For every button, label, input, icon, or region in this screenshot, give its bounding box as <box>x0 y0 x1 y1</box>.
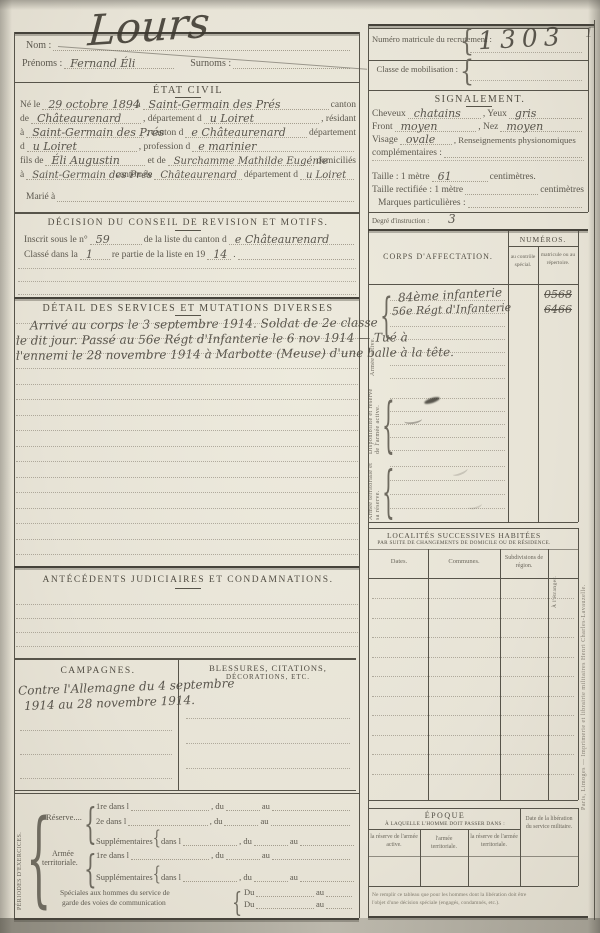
period-label: . <box>233 250 235 260</box>
epoque-footnote-line-2: l'objet d'une décision spéciale (engagés… <box>372 900 578 908</box>
surnoms-fill <box>233 68 350 69</box>
cheveux-label: Cheveux <box>372 109 406 119</box>
epoque-divider-2 <box>468 829 469 886</box>
dotted-rule <box>20 778 172 779</box>
dotted-rule <box>372 657 574 658</box>
services-entry-rules <box>16 323 358 368</box>
signalement-title: SIGNALEMENT. <box>420 94 540 105</box>
prenoms-label: Prénoms : <box>22 58 62 69</box>
blessures-blank-rules <box>186 718 350 782</box>
header-box-bottom <box>14 82 359 83</box>
territoriale-group-label-2: territoriale. <box>42 858 78 867</box>
printer-imprint: Paris, Limoges — Imprimerie et librairie… <box>581 380 587 810</box>
dotted-rule <box>16 492 358 493</box>
mother-value: Surchamme Mathilde Eugénie <box>174 156 328 167</box>
localites-title: LOCALITÉS SUCCESSIVES HABITÉES <box>374 531 554 540</box>
dom-dep-value: u Loiret <box>306 170 346 181</box>
dotted-rule <box>390 480 505 481</box>
reserve-row2-label: 2e dans l <box>96 816 126 826</box>
complementaires-fill <box>444 157 582 158</box>
canton-fill: Châteaurenard <box>31 123 141 124</box>
dotted-rule <box>372 774 574 775</box>
zone-armee-active-label: Armée active. <box>370 296 377 376</box>
dotted-rule <box>16 430 358 431</box>
antecedents-blank-rules <box>16 604 358 656</box>
dotted-rule <box>16 399 358 400</box>
birthdate-value: 29 octobre 1894 <box>48 98 140 111</box>
reserve-row1-au-fill <box>272 810 350 811</box>
zone-territoriale-rules <box>390 466 505 521</box>
matricule-value: 1303 <box>477 22 566 56</box>
epoque-title: ÉPOQUE <box>400 811 490 820</box>
reserve-brace: { <box>84 798 97 848</box>
du-label: , du <box>239 836 252 846</box>
dotted-rule <box>16 415 358 416</box>
nom-label: Nom : <box>26 40 51 51</box>
antecedents-title: ANTÉCÉDENTS JUDICIAIRES ET CONDAMNATIONS… <box>40 575 336 585</box>
blessures-title-line-1: BLESSURES, CITATIONS, <box>188 663 348 673</box>
blessures-title-line-2: DÉCORATIONS, ETC. <box>188 673 348 681</box>
epoque-subtitle: À LAQUELLE L'HOMME DOIT PASSER DANS : <box>372 821 518 827</box>
residence-fill: Saint-Germain des Prés <box>26 137 144 138</box>
nez-value: moyen <box>506 120 543 133</box>
reserve-row2-fill <box>128 825 208 826</box>
dotted-rule <box>20 754 172 755</box>
terr-row1-au-fill <box>272 859 350 860</box>
localites-header-bottom <box>368 578 578 579</box>
zone-dispo-label: Disponibilité et réserve de l'armée acti… <box>368 388 382 454</box>
taille-rect-label: Taille rectifiée : 1 mètre <box>372 185 463 195</box>
dotted-rule <box>372 696 574 697</box>
corps-entry-2-num: 6466 <box>544 303 572 316</box>
col-dates-header: Dates. <box>372 558 426 566</box>
reserve-group-label: Réserve.... <box>46 812 82 822</box>
dom-canton-fill: Châteaurenard <box>154 179 242 180</box>
yeux-fill: gris <box>509 118 582 119</box>
dotted-rule <box>390 378 505 379</box>
mother-fill: Surchamme Mathilde Eugénie <box>168 165 315 166</box>
speciales-row1-fill <box>256 896 314 897</box>
suppl-du-fill <box>254 845 288 846</box>
epoque-header-divider <box>368 829 520 830</box>
speciales-du-label: Du <box>244 887 254 897</box>
front-fill: moyen <box>395 131 477 132</box>
departement-fill: u Loiret <box>204 123 319 124</box>
dotted-rule <box>390 508 505 509</box>
nez-label: , Nez <box>478 122 498 132</box>
corps-col-divider-1 <box>508 231 509 522</box>
campagnes-blank-rules <box>20 730 172 780</box>
speciales-du-label: Du <box>244 899 254 909</box>
zone-dispo-rules <box>390 398 505 458</box>
au-label: au <box>290 836 298 846</box>
localites-blank-rules <box>372 598 574 794</box>
prenoms-fill: Fernand Éli <box>64 68 174 69</box>
terr-suppl-label: Supplémentaires <box>96 872 153 882</box>
dotted-rule <box>390 339 505 340</box>
profession-fill: e marinier <box>192 151 354 152</box>
antecedents-underline <box>175 588 201 589</box>
instruction-label: Degré d'instruction : <box>372 217 429 225</box>
liste-canton-label: de la liste du canton d <box>144 235 227 245</box>
corps-title: CORPS D'AFFECTATION. <box>380 252 496 261</box>
col-communes-header: Communes. <box>430 558 498 566</box>
decision-underline <box>175 230 201 231</box>
localites-top-border <box>368 528 578 529</box>
territoriale-group-label-1: Armée <box>52 849 74 858</box>
dep-fill: u Loiret <box>27 151 137 152</box>
dotted-rule <box>372 618 574 619</box>
dotted-rule <box>186 768 350 769</box>
taille-fill: 61 <box>432 181 488 182</box>
right-bottom-border <box>368 916 588 918</box>
decision-extra-fill <box>238 259 354 260</box>
inscrit-num-value: 59 <box>96 233 110 246</box>
terr-row1-du-fill <box>226 859 260 860</box>
prenoms-value: Fernand Éli <box>70 57 135 70</box>
signalement-underline <box>466 106 492 107</box>
cheveux-fill: chatains <box>408 118 481 119</box>
territoriale-brace: { <box>84 846 97 892</box>
dep-value: u Loiret <box>33 140 77 153</box>
military-record-sheet: Lours Nom : Prénoms : Fernand Éli Surnom… <box>0 0 600 933</box>
partie-value: 1 <box>86 248 93 261</box>
du-label: , du <box>239 872 252 882</box>
inscrit-num-fill: 59 <box>90 244 142 245</box>
father-fill: Éli Augustin <box>45 165 145 166</box>
au-label: au <box>290 872 298 882</box>
residant-label: , résidant <box>321 114 356 124</box>
epoque-divider-1 <box>420 829 421 886</box>
dom-value: Saint-Germain des Prés <box>32 170 152 181</box>
services-title: DÉTAIL DES SERVICES ET MUTATIONS DIVERSE… <box>30 303 346 314</box>
zone-territoriale-label: Armée territoriale et sa réserve. <box>368 460 382 520</box>
annee-value: 14 <box>213 248 227 261</box>
dotted-rule <box>390 466 505 467</box>
du-label: , du <box>211 801 224 811</box>
epoque-col-3-header: la réserve de l'armée territoriale. <box>470 834 518 849</box>
numeros-underline <box>508 246 578 247</box>
au-label: au <box>260 816 268 826</box>
page-edge-line <box>594 20 595 920</box>
dotted-rule <box>16 632 358 633</box>
dotted-rule <box>16 554 358 555</box>
res-departement-label: département <box>309 128 356 138</box>
dotted-rule <box>390 411 505 412</box>
dotted-rule <box>16 646 358 647</box>
suppl-label: Supplémentaires <box>96 836 153 846</box>
cm2-label: centimètres <box>540 185 584 195</box>
dotted-rule <box>16 508 358 509</box>
taille-value: 61 <box>438 170 452 183</box>
au-label: au <box>262 850 270 860</box>
dom-dep-fill: u Loiret <box>300 179 354 180</box>
dans-l-label: dans l <box>161 836 181 846</box>
dotted-rule <box>390 424 505 425</box>
nez-fill: moyen <box>500 131 582 132</box>
suppl-fill <box>183 845 237 846</box>
taille-rect-fill <box>465 194 538 195</box>
instruction-top-border <box>368 212 588 213</box>
terr-row1-fill <box>131 859 209 860</box>
dotted-rule <box>390 300 505 301</box>
visage-value: ovale <box>406 133 435 146</box>
complementaires-label: complémentaires : <box>372 148 442 158</box>
terr-dans-l-label: dans l <box>161 872 181 882</box>
renseignements-label: , Renseignements physionomiques <box>454 135 576 145</box>
dotted-rule <box>16 461 358 462</box>
decision-blank-rules <box>18 268 356 300</box>
reserve-row1-label: 1re dans l <box>96 801 129 811</box>
partie-fill: 1 <box>80 259 110 260</box>
du-label: , du <box>210 816 223 826</box>
campagnes-title: CAMPAGNES. <box>40 666 156 676</box>
epoque-divider-3 <box>520 808 521 886</box>
reserve-row1-fill <box>131 810 209 811</box>
front-label: Front <box>372 122 393 132</box>
speciales-label-1: Spéciales aux hommes du service de <box>60 888 170 897</box>
col-matricule-header: matricule ou au répertoire. <box>540 252 576 267</box>
taille-label: Taille : 1 mètre <box>372 172 430 182</box>
dotted-rule <box>372 735 574 736</box>
decision-title: DÉCISION DU CONSEIL DE REVISION ET MOTIF… <box>40 218 336 228</box>
nom-fill <box>53 50 350 51</box>
terr-suppl-brace: { <box>153 863 161 886</box>
matricule-box-bottom <box>368 90 588 91</box>
fils-de-label: fils de <box>20 156 43 166</box>
classe-label: Classe de mobilisation : <box>372 64 458 74</box>
zone-active-rules <box>390 300 505 385</box>
res-canton-value: e Châteaurenard <box>191 126 285 139</box>
ne-le-label: Né le <box>20 100 40 110</box>
dotted-rule <box>16 323 358 324</box>
terr-suppl-au-fill <box>300 881 354 882</box>
dotted-rule <box>390 352 505 353</box>
father-value: Éli Augustin <box>51 154 119 167</box>
epoque-col-2-header: l'armée territoriale. <box>422 836 466 851</box>
dotted-rule <box>16 353 358 354</box>
dotted-rule <box>20 730 172 731</box>
dotted-rule <box>390 398 505 399</box>
matricule-label: Numéro matricule du recrutement : <box>372 34 458 44</box>
marie-fill <box>57 201 354 202</box>
dotted-rule <box>16 604 358 605</box>
epoque-col-1-header: la réserve de l'armée active. <box>370 834 418 849</box>
profession-label: , profession d <box>139 142 190 152</box>
visage-label: Visage <box>372 135 398 145</box>
instruction-value: 3 <box>448 212 456 226</box>
speciales-row2-au-fill <box>326 908 352 909</box>
yeux-label: , Yeux <box>483 109 507 119</box>
canton-label: canton <box>331 100 356 110</box>
campagnes-box-bottom <box>14 790 356 791</box>
corps-col-divider-2 <box>538 246 539 522</box>
dotted-rule <box>372 715 574 716</box>
dep-d-label: d <box>20 142 25 152</box>
inscrit-label: Inscrit sous le n° <box>24 235 88 245</box>
surnoms-label: Surnoms : <box>190 58 231 69</box>
speciales-row1-au-fill <box>326 896 352 897</box>
services-underline <box>175 315 201 316</box>
departement-value: u Loiret <box>210 112 254 125</box>
res-a-label: à <box>20 128 24 138</box>
speciales-label-2: garde des voies de communication <box>62 898 166 907</box>
numeros-title: NUMÉROS. <box>510 235 576 244</box>
antecedents-top-border <box>14 566 359 568</box>
stray-mark: 1 <box>585 26 593 41</box>
epoque-right-border <box>578 808 579 886</box>
au-label: au <box>262 801 270 811</box>
dotted-rule <box>186 743 350 744</box>
corps-header-bottom <box>368 284 578 285</box>
dotted-rule <box>390 437 505 438</box>
epoque-footnote-line-1: Ne remplir ce tableau que pour les homme… <box>372 892 578 900</box>
services-top-border <box>14 297 359 299</box>
terr-row1-label: 1re dans l <box>96 850 129 860</box>
dotted-rule <box>18 281 356 282</box>
dom-dep-label: département d <box>244 170 298 180</box>
dom-fill: Saint-Germain des Prés <box>26 179 114 180</box>
classe-dans-label: Classé dans la <box>24 250 78 260</box>
left-bottom-border <box>14 918 359 920</box>
res-canton-fill: e Châteaurenard <box>185 137 307 138</box>
dotted-rule <box>16 618 358 619</box>
au-label: au <box>316 887 324 897</box>
dotted-rule <box>390 365 505 366</box>
suppl-au-fill <box>300 845 354 846</box>
dotted-rule <box>16 523 358 524</box>
yeux-value: gris <box>515 107 536 120</box>
au-label: au <box>316 899 324 909</box>
marques-fill <box>468 207 582 208</box>
departement-label: , département d <box>143 114 202 124</box>
dotted-rule <box>372 637 574 638</box>
classe-fill <box>470 80 582 81</box>
localites-right-border <box>578 528 579 800</box>
profession-value: e marinier <box>198 140 256 153</box>
localites-bottom-border <box>368 800 578 801</box>
partie-liste-label: re partie de la liste en 19 <box>112 250 205 260</box>
residence-value: Saint-Germain des Prés <box>32 126 164 139</box>
scan-edge-bottom <box>0 918 600 933</box>
speciales-brace: { <box>232 886 242 918</box>
dotted-rule <box>390 494 505 495</box>
corps-bottom-border <box>368 522 578 523</box>
terr-suppl-fill <box>183 881 237 882</box>
dotted-rule <box>16 384 358 385</box>
services-blank-rules <box>16 368 358 564</box>
campagnes-box-top <box>14 658 356 660</box>
liste-canton-value: e Châteaurenard <box>235 233 329 246</box>
cm-label: centimètres. <box>490 172 536 182</box>
dotted-rule <box>372 598 574 599</box>
epoque-body-divider <box>368 856 578 857</box>
dotted-rule <box>390 326 505 327</box>
reserve-row1-du-fill <box>226 810 260 811</box>
dotted-rule <box>390 450 505 451</box>
signalement-right-border <box>588 90 589 212</box>
reserve-row2-au-fill <box>271 825 351 826</box>
visage-fill: ovale <box>400 144 452 145</box>
birthdate-fill: 29 octobre 1894 <box>42 109 134 110</box>
dotted-rule <box>16 368 358 369</box>
decision-top-border <box>14 212 359 214</box>
epoque-top-border <box>368 808 578 809</box>
epoque-bottom-border <box>368 886 578 887</box>
dotted-rule <box>18 294 356 295</box>
dotted-rule <box>16 446 358 447</box>
dotted-rule <box>186 718 350 719</box>
left-outer-border <box>14 32 15 918</box>
complementaires-blank-rule <box>372 160 584 161</box>
dotted-rule <box>16 539 358 540</box>
dotted-rule <box>16 477 358 478</box>
instruction-bottom-border <box>368 229 588 231</box>
de-label: de <box>20 114 29 124</box>
matricule-brace: { <box>460 26 474 59</box>
matricule-box-mid <box>368 60 588 61</box>
marques-label: Marques particulières : <box>378 198 466 208</box>
cheveux-value: chatains <box>414 107 461 120</box>
dotted-rule <box>18 268 356 269</box>
speciales-row2-fill <box>256 908 314 909</box>
birthplace-fill: Saint-Germain des Prés <box>143 109 329 110</box>
dotted-rule <box>372 676 574 677</box>
dotted-rule <box>390 313 505 314</box>
et-de-label: et de <box>147 156 165 166</box>
marie-a-label: Marié à <box>26 192 55 202</box>
liste-canton-fill: e Châteaurenard <box>229 244 354 245</box>
localites-subtitle: PAR SUITE DE CHANGEMENTS DE DOMICILE OU … <box>372 540 556 546</box>
periodes-box-top <box>14 793 359 794</box>
birthplace-value: Saint-Germain des Prés <box>149 98 281 111</box>
du-label: , du <box>211 850 224 860</box>
dom-a-label: à <box>20 170 24 180</box>
epoque-col-date-header: Date de la libération du service militai… <box>524 816 574 831</box>
dotted-rule <box>372 754 574 755</box>
reserve-row2-du-fill <box>224 825 258 826</box>
etat-civil-title: ÉTAT CIVIL <box>130 85 246 96</box>
col-subdivisions-header: Subdivisions de région. <box>502 555 546 570</box>
corps-entry-1-num: 0568 <box>544 288 572 301</box>
column-divider-border <box>359 32 360 918</box>
annee-fill: 14 <box>207 259 231 260</box>
col-controle-header: au contrôle spécial. <box>509 254 537 269</box>
terr-suppl-du-fill <box>254 881 288 882</box>
front-value: moyen <box>401 120 438 133</box>
localites-header-top <box>368 549 578 550</box>
dom-canton-value: Châteaurenard <box>160 170 237 181</box>
scan-edge-left <box>0 0 12 933</box>
canton-value: Châteaurenard <box>37 112 121 125</box>
suppl-brace: { <box>153 827 161 850</box>
classe-brace: { <box>460 56 474 89</box>
corps-right-border <box>578 231 579 522</box>
dotted-rule <box>16 338 358 339</box>
